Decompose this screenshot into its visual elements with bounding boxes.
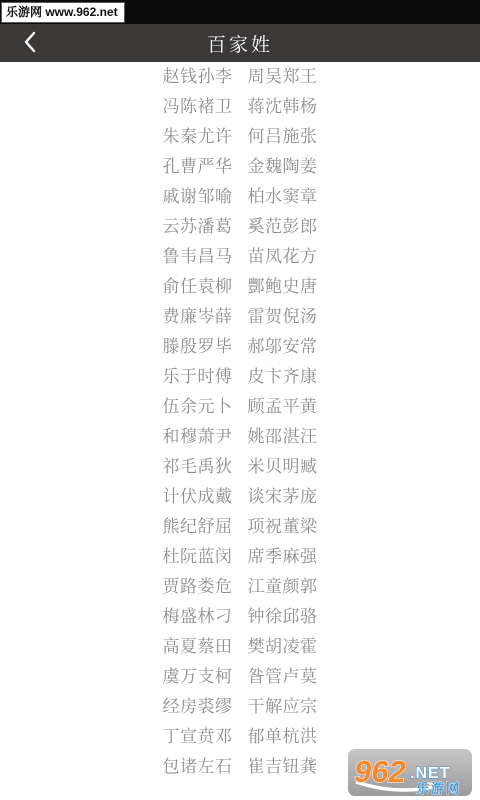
surname-group-right: 周吴郑王	[248, 62, 318, 92]
surname-group-right: 米贝明臧	[248, 452, 318, 482]
surname-group-right: 崔吉钮龚	[248, 752, 318, 782]
surname-row: 朱秦尤许 何吕施张	[0, 122, 480, 152]
surname-group-right: 蒋沈韩杨	[248, 92, 318, 122]
surname-row: 熊纪舒屈 项祝董梁	[0, 512, 480, 542]
surname-group-left: 杜阮蓝闵	[163, 542, 233, 572]
surname-group-left: 虞万支柯	[163, 662, 233, 692]
logo-net: .NET	[410, 765, 450, 782]
surname-group-left: 冯陈褚卫	[163, 92, 233, 122]
site-logo-watermark: 962 .NET 乐游网	[348, 749, 474, 797]
surname-group-left: 祁毛禹狄	[163, 452, 233, 482]
surname-group-left: 计伏成戴	[163, 482, 233, 512]
surname-row: 赵钱孙李 周吴郑王	[0, 62, 480, 92]
surname-group-right: 谈宋茅庞	[248, 482, 318, 512]
surname-row: 计伏成戴 谈宋茅庞	[0, 482, 480, 512]
site-watermark-label: 乐游网 www.962.net	[1, 2, 125, 23]
surname-row: 费廉岑薛 雷贺倪汤	[0, 302, 480, 332]
surname-group-right: 席季麻强	[248, 542, 318, 572]
surname-group-right: 郝邬安常	[248, 332, 318, 362]
surname-row: 滕殷罗毕 郝邬安常	[0, 332, 480, 362]
surname-group-right: 姚邵湛汪	[248, 422, 318, 452]
surname-group-right: 何吕施张	[248, 122, 318, 152]
surname-group-right: 干解应宗	[248, 692, 318, 722]
surname-group-left: 鲁韦昌马	[163, 242, 233, 272]
app-header: 百家姓	[0, 24, 480, 62]
surname-row: 冯陈褚卫 蒋沈韩杨	[0, 92, 480, 122]
status-bar: 乐游网 www.962.net	[0, 0, 480, 24]
surname-group-left: 朱秦尤许	[163, 122, 233, 152]
surname-group-left: 乐于时傅	[163, 362, 233, 392]
surname-row: 戚谢邹喻 柏水窦章	[0, 182, 480, 212]
surname-group-right: 柏水窦章	[248, 182, 318, 212]
surname-row: 俞任袁柳 酆鲍史唐	[0, 272, 480, 302]
surname-group-left: 丁宣贲邓	[163, 722, 233, 752]
surname-row: 丁宣贲邓 郁单杭洪	[0, 722, 480, 752]
surname-group-right: 项祝董梁	[248, 512, 318, 542]
surname-group-left: 赵钱孙李	[163, 62, 233, 92]
logo-site: 乐游网	[416, 781, 461, 796]
surname-row: 鲁韦昌马 苗凤花方	[0, 242, 480, 272]
surname-group-left: 云苏潘葛	[163, 212, 233, 242]
surname-row: 祁毛禹狄 米贝明臧	[0, 452, 480, 482]
surname-row: 经房裘缪 干解应宗	[0, 692, 480, 722]
surname-group-right: 金魏陶姜	[248, 152, 318, 182]
surname-row: 虞万支柯 昝管卢莫	[0, 662, 480, 692]
logo-number: 962	[354, 754, 406, 789]
surname-group-right: 奚范彭郎	[248, 212, 318, 242]
surname-group-left: 包诸左石	[163, 752, 233, 782]
page-title: 百家姓	[207, 30, 273, 57]
chevron-left-icon	[22, 31, 38, 56]
surname-group-left: 高夏蔡田	[163, 632, 233, 662]
surname-row: 云苏潘葛 奚范彭郎	[0, 212, 480, 242]
surname-row: 和穆萧尹 姚邵湛汪	[0, 422, 480, 452]
surname-row: 伍余元卜 顾孟平黄	[0, 392, 480, 422]
surname-group-left: 滕殷罗毕	[163, 332, 233, 362]
surname-group-left: 伍余元卜	[163, 392, 233, 422]
surname-row: 乐于时傅 皮卞齐康	[0, 362, 480, 392]
surname-group-left: 俞任袁柳	[163, 272, 233, 302]
surname-group-left: 梅盛林刁	[163, 602, 233, 632]
surname-group-right: 昝管卢莫	[248, 662, 318, 692]
surname-group-right: 皮卞齐康	[248, 362, 318, 392]
surname-group-right: 樊胡凌霍	[248, 632, 318, 662]
surname-group-right: 苗凤花方	[248, 242, 318, 272]
surname-group-right: 郁单杭洪	[248, 722, 318, 752]
surname-group-right: 江童颜郭	[248, 572, 318, 602]
surname-group-right: 顾孟平黄	[248, 392, 318, 422]
back-button[interactable]	[10, 24, 50, 62]
surname-group-left: 经房裘缪	[163, 692, 233, 722]
surname-row: 贾路娄危 江童颜郭	[0, 572, 480, 602]
surname-group-right: 酆鲍史唐	[248, 272, 318, 302]
surname-group-left: 孔曹严华	[163, 152, 233, 182]
surname-row: 高夏蔡田 樊胡凌霍	[0, 632, 480, 662]
surname-group-left: 贾路娄危	[163, 572, 233, 602]
surname-group-right: 雷贺倪汤	[248, 302, 318, 332]
surname-group-left: 和穆萧尹	[163, 422, 233, 452]
surname-row: 孔曹严华 金魏陶姜	[0, 152, 480, 182]
surname-list[interactable]: 赵钱孙李 周吴郑王 冯陈褚卫 蒋沈韩杨 朱秦尤许 何吕施张 孔曹严华 金魏陶姜 …	[0, 62, 480, 800]
surname-group-left: 熊纪舒屈	[163, 512, 233, 542]
surname-group-left: 戚谢邹喻	[163, 182, 233, 212]
surname-group-left: 费廉岑薛	[163, 302, 233, 332]
surname-row: 杜阮蓝闵 席季麻强	[0, 542, 480, 572]
surname-row: 梅盛林刁 钟徐邱骆	[0, 602, 480, 632]
surname-group-right: 钟徐邱骆	[248, 602, 318, 632]
